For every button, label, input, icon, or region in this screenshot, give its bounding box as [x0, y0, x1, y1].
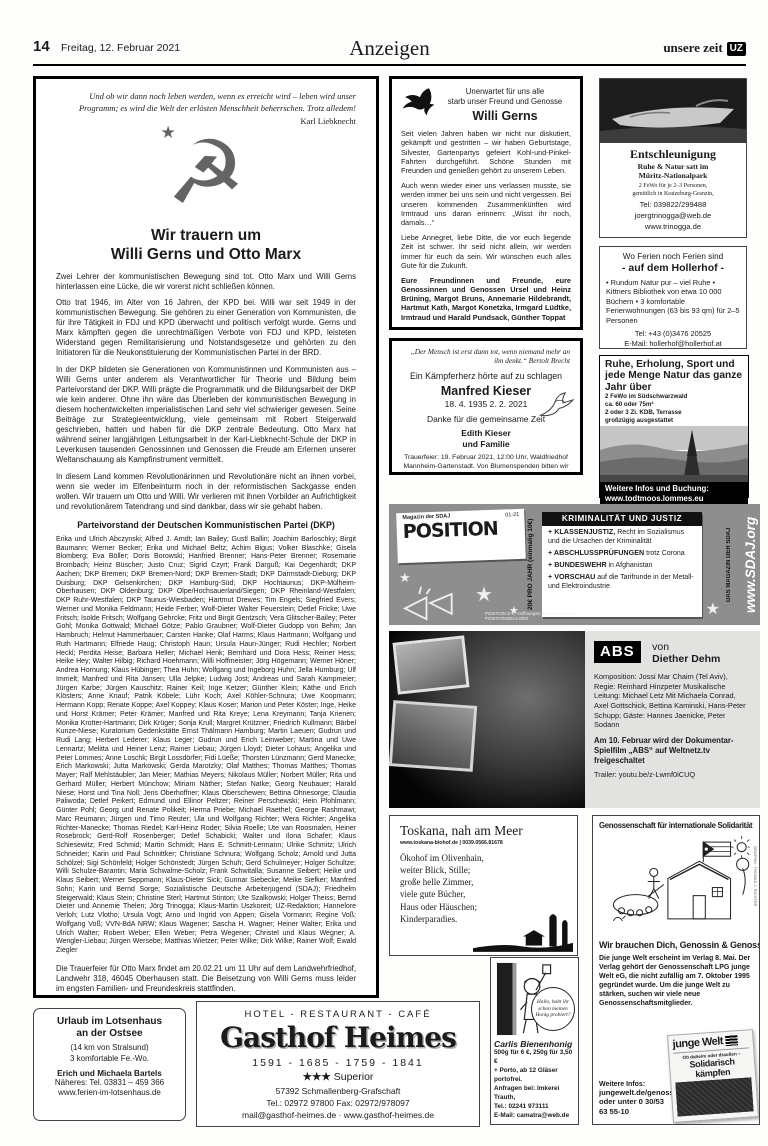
- ad-detail: ca. 60 oder 75m²: [600, 401, 748, 409]
- obituary-intro: Unerwartet für uns alle starb unser Freu…: [439, 87, 571, 107]
- trailer-link: Trailer: youtu.be/z-Lwmf0iCUQ: [594, 770, 751, 779]
- obituary-intro: Ein Kämpferherz hörte auf zu schlagen: [402, 371, 570, 381]
- star-rating: ★★★ Superior: [205, 1071, 471, 1083]
- historic-photo: [389, 700, 477, 772]
- obituary-paragraph: Auch wenn wieder einer uns verlassen mus…: [401, 181, 571, 227]
- website: www.SDAJ.org: [743, 508, 758, 621]
- contact-line: www.toskana-biohof.de | 0039.0566.81678: [400, 840, 567, 846]
- ad-title: Genossenschaft für internationale Solida…: [599, 821, 753, 830]
- page-header: 14 Freitag, 12. Februar 2021 Anzeigen un…: [33, 36, 746, 62]
- ad-body: Die junge Welt erscheint im Verlag 8. Ma…: [599, 954, 753, 1009]
- contents-item: + ABSCHLUSSPRÜFUNGEN trotz Corona: [542, 547, 702, 559]
- ad-detail: großzügig ausgestattet: [600, 417, 748, 425]
- historic-photo: [392, 635, 469, 694]
- host-names: Erich und Michaela Bartels: [39, 1069, 180, 1078]
- signature-heading: Parteivorstand der Deutschen Kommunistis…: [56, 520, 356, 530]
- hammer-and-sickle-icon: ★☭: [56, 128, 356, 224]
- founding-years: 1591 - 1685 - 1759 - 1841: [205, 1057, 471, 1069]
- ad-bienenhonig: Hallo, habt ihr schon meinen Honig probi…: [490, 957, 579, 1125]
- website: www.ferien-im-lotsenhaus.de: [39, 1088, 180, 1099]
- ad-subtitle: Ruhe & Natur satt im Müritz-Nationalpark: [600, 162, 746, 181]
- ad-details: (14 km von Stralsund) 3 komfortable Fe.-…: [39, 1043, 180, 1065]
- contact-block: Tel: +43 (0)3476 20525 E-Mail: hollerhof…: [606, 329, 740, 349]
- header-rule: [33, 64, 746, 66]
- contents-item: + KLASSENJUSTIZ, Recht im Sozialismus un…: [542, 526, 702, 547]
- contact-block: 57392 Schmallenberg-Grafschaft Tel.: 029…: [205, 1086, 471, 1122]
- mourners-signature: Eure Freundinnen und Freunde, eure Genos…: [401, 276, 571, 322]
- hotel-name: Gasthof Heimes: [205, 1021, 471, 1054]
- obituary-dkp: Und ob wir dann noch leben werden, wenn …: [33, 76, 379, 998]
- shipping-line: + Porto, ab 12 Gläser portofrei.: [494, 1067, 575, 1085]
- ad-details: 2 FeWo für je 2–3 Personen, gemütlich in…: [600, 183, 746, 199]
- contents-item: + BUNDESWEHR in Afghanistan: [542, 559, 702, 571]
- ad-hollerhof: Wo Ferien noch Ferien sind - auf dem Hol…: [599, 246, 747, 349]
- ad-toskana: Toskana, nah am Meer www.toskana-biohof.…: [389, 815, 578, 956]
- funeral-info: Die Trauerfeier für Otto Marx findet am …: [56, 964, 356, 994]
- email: joergtrinogga@web.de: [600, 211, 746, 221]
- peace-dove-icon: [536, 389, 576, 420]
- section-title: Anzeigen: [33, 36, 746, 61]
- imprint: POSITION E.V., Hoffnungstr. 18, 45127 Es…: [485, 611, 575, 622]
- film-photo-montage: [389, 631, 585, 808]
- ad-body: • Rundum Natur pur – viel Ruhe • Kittner…: [606, 278, 740, 325]
- landscape-photo: [600, 426, 748, 482]
- phone: Näheres: Tel. 03831 – 459 366: [39, 1078, 180, 1089]
- paper-photo: [675, 1077, 753, 1116]
- email: E-Mail: hollerhof@hollerhof.at: [606, 339, 740, 349]
- newspaper-page: 14 Freitag, 12. Februar 2021 Anzeigen un…: [0, 0, 768, 1146]
- price-line: 500g für 6 €, 250g für 3,50 €: [494, 1049, 575, 1067]
- solidarity-drawing: [599, 832, 751, 933]
- contact-block: Weitere Infos: jungewelt.de/genossenscha…: [599, 1081, 671, 1116]
- release-announcement: Am 10. Februar wird der Dokumentar-Spiel…: [594, 736, 751, 766]
- website: www.trinogga.de: [600, 222, 746, 232]
- junge-welt-front-page: junge Welt Ob daheim oder draußen – Soli…: [667, 1029, 759, 1123]
- mourners-name-list: Erika und Ulrich Abczynski; Alfred J. Ar…: [56, 536, 356, 956]
- ad-trinogga: Entschleunigung Ruhe & Natur satt im Mür…: [599, 78, 747, 238]
- beekeeper-cartoon: Hallo, habt ihr schon meinen Honig probi…: [494, 961, 575, 1037]
- artist-credit: GRAPHIK: THOMAS J. RICHTER: [753, 846, 758, 946]
- star-icon: ★: [706, 599, 720, 619]
- address: 57392 Schmallenberg-Grafschaft: [205, 1086, 471, 1098]
- ad-line: Wo Ferien noch Ferien sind: [606, 252, 740, 261]
- phone: Tel: 039822/299488: [600, 200, 746, 210]
- uz-logo-icon: UZ: [727, 42, 746, 56]
- ad-genossenschaft: Genossenschaft für internationale Solida…: [592, 815, 760, 1125]
- brecht-quote-author: Bertolt Brecht: [527, 356, 570, 365]
- phone: Tel.: 02241 973111: [494, 1103, 575, 1112]
- ad-title: Urlaub im Lotsenhaus an der Ostsee: [39, 1016, 180, 1040]
- ad-title: Toskana, nah am Meer: [400, 823, 567, 839]
- phone: Tel.: 02972 97800 Fax: 02972/978097: [205, 1098, 471, 1110]
- place-date: Bremen, Februar 2021: [401, 327, 571, 330]
- dove-icon: [399, 86, 435, 116]
- contents-item: + VORSCHAU auf die Tarifrunde in der Met…: [542, 571, 702, 592]
- ad-position-magazine: ★ ★ ★ ★ ★ Magazin der SDAJ 01-21 POSITIO…: [389, 504, 760, 625]
- contents-box: KRIMINALITÄT UND JUSTIZ + KLASSENJUSTIZ,…: [542, 512, 702, 617]
- magazine-tagline: DAS MAGAZIN DER SDAJ: [726, 512, 732, 617]
- ad-title: - auf dem Hollerhof -: [606, 262, 740, 274]
- obituary-paragraph: In der DKP bildeten sie Generationen von…: [56, 365, 356, 465]
- obituary-paragraph: Seit vielen Jahren haben wir nicht nur d…: [401, 129, 571, 175]
- film-credits: Komposition: Jossi Mar Chaim (Tel Aviv),…: [594, 672, 751, 730]
- website: www.todtmoos.lommes.eu: [605, 494, 743, 504]
- obituary-gerns: Unerwartet für uns alle starb unser Freu…: [389, 76, 583, 330]
- inquiry-line: Anfragen bei: Imkerei Trauth,: [494, 1085, 575, 1103]
- liebknecht-quote: Und ob wir dann noch leben werden, wenn …: [56, 91, 356, 115]
- masthead: unsere zeitUZ: [663, 40, 746, 56]
- boat-photo: [600, 79, 746, 143]
- abs-logo: ABS: [594, 641, 641, 663]
- ad-kicker: HOTEL - RESTAURANT - CAFÉ: [205, 1009, 471, 1020]
- website: jungewelt.de/genossenschaft: [599, 1088, 671, 1097]
- funeral-info: Trauerfeier: 19. Februar 2021, 12:00 Uhr…: [402, 454, 570, 475]
- ad-title: Entschleunigung: [600, 147, 746, 162]
- ad-detail: 2 oder 3 Zi. KDB, Terrasse: [600, 409, 748, 417]
- email-website: mail@gasthof-heimes.de · www.gasthof-hei…: [205, 1110, 471, 1122]
- family-signature: Edith Kieser und Familie: [402, 428, 570, 449]
- logo-block-icon: [726, 1035, 739, 1046]
- deceased-name: Willi Gerns: [439, 109, 571, 123]
- phone: oder unter 0 30/53 63 55-10: [599, 1097, 671, 1116]
- tuscany-silhouette: [473, 910, 573, 952]
- ad-gasthof-heimes: HOTEL - RESTAURANT - CAFÉ Gasthof Heimes…: [196, 1001, 480, 1127]
- ad-headline: Wir brauchen Dich, Genossin & Genosse!: [599, 940, 753, 950]
- brecht-quote: „Der Mensch ist erst dann tot, wenn niem…: [402, 347, 570, 366]
- junge-welt-logo: junge Welt: [672, 1035, 723, 1050]
- price-label: 20€ PRO JAHR (einmalig 10€): [527, 512, 534, 617]
- film-info-panel: ABS von Diether Dehm Komposition: Jossi …: [585, 631, 760, 808]
- obituary-paragraph: Liebe Annegret, liebe Ditte, die vor euc…: [401, 233, 571, 270]
- contents-title: KRIMINALITÄT UND JUSTIZ: [542, 512, 702, 526]
- phone: Tel: +43 (0)3476 20525: [606, 329, 740, 339]
- email: E-Mail: camatra@web.de: [494, 1112, 575, 1121]
- ad-detail: 2 FeWo im Südschwarzwald: [600, 393, 748, 401]
- megaphone-icon: [399, 585, 463, 621]
- obituary-paragraph: Zwei Lehrer der kommunistischen Bewegung…: [56, 272, 356, 292]
- author-credit: von Diether Dehm: [652, 641, 720, 665]
- ad-lotsenhaus: Urlaub im Lotsenhaus an der Ostsee (14 k…: [33, 1008, 186, 1121]
- info-label: Weitere Infos:: [599, 1081, 671, 1088]
- star-icon: ★: [399, 570, 411, 586]
- obituary-title: Wir trauern um Willi Gerns und Otto Marx: [56, 226, 356, 265]
- ad-abs-film: ABS von Diether Dehm Komposition: Jossi …: [389, 631, 760, 808]
- obituary-paragraph: Otto trat 1946, im Alter von 16 Jahren, …: [56, 298, 356, 358]
- obituary-paragraph: In diesem Land kommen Revolutionärinnen …: [56, 472, 356, 512]
- ad-title: Carlis Bienenhonig: [494, 1039, 575, 1049]
- issue-number: 01-21: [505, 512, 519, 518]
- speech-bubble: Hallo, habt ihr schon meinen Honig probi…: [531, 987, 575, 1031]
- ad-todtmoos: Ruhe, Erholung, Sport und jede Menge Nat…: [599, 355, 749, 498]
- position-logo: POSITION: [402, 517, 519, 543]
- position-logo-card: Magazin der SDAJ 01-21 POSITION: [396, 509, 526, 563]
- star-icon: ★: [475, 582, 493, 607]
- contact-block: Näheres: Tel. 03831 – 459 366 www.ferien…: [39, 1078, 180, 1100]
- obituary-kieser: „Der Mensch ist erst dann tot, wenn niem…: [389, 338, 583, 475]
- ad-headline: Ruhe, Erholung, Sport und jede Menge Nat…: [600, 356, 748, 393]
